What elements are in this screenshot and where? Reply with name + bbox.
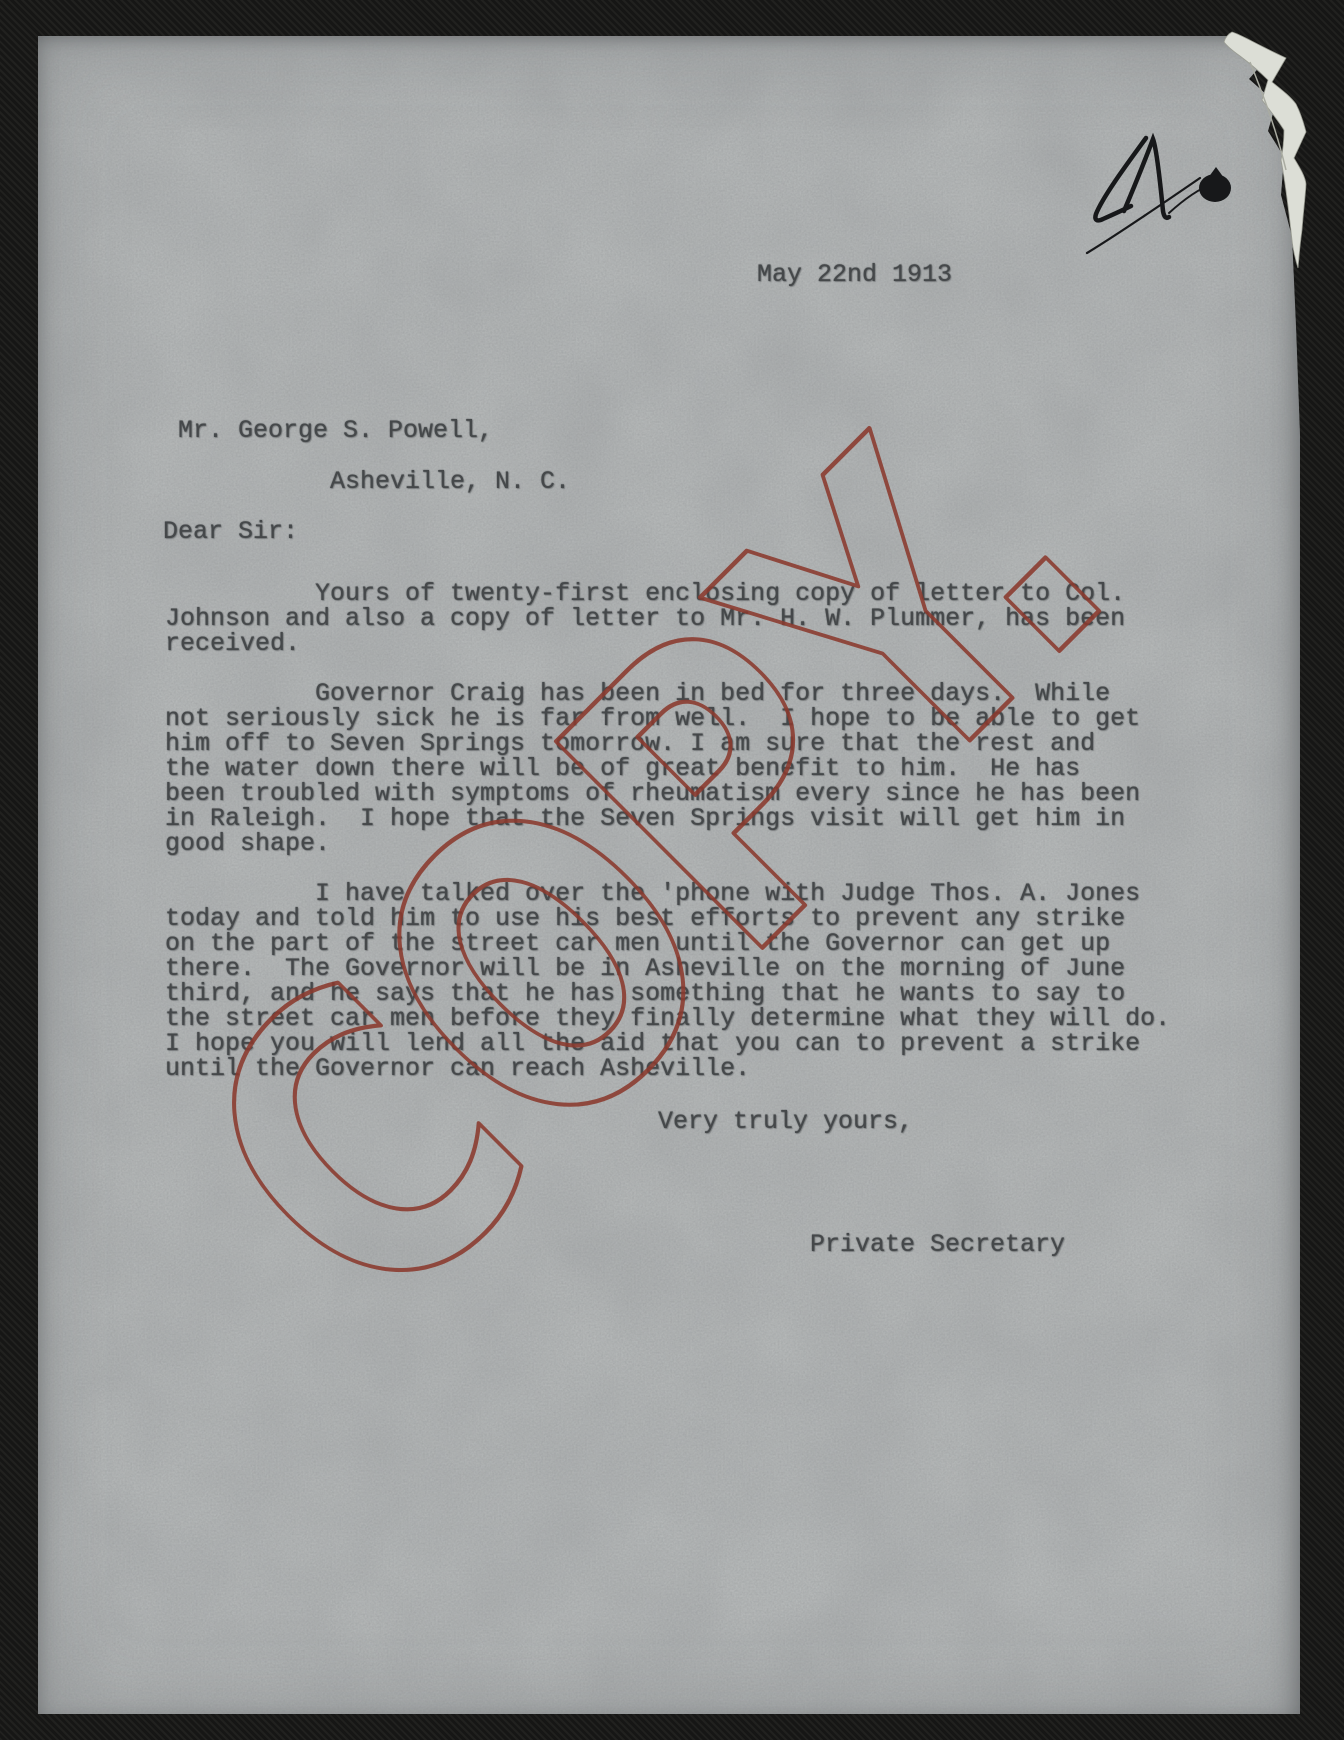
signature-title: Private Secretary bbox=[810, 1232, 1065, 1257]
ink-blot-tip bbox=[1208, 167, 1224, 178]
letter-date: May 22nd 1913 bbox=[757, 262, 952, 287]
salutation: Dear Sir: bbox=[163, 519, 298, 544]
numeral-4-spike bbox=[1124, 139, 1169, 218]
scanned-letter-view: May 22nd 1913 Mr. George S. Powell, Ashe… bbox=[0, 0, 1344, 1740]
pen-tail-stroke bbox=[1169, 184, 1212, 213]
letter-body: Yours of twenty-first enclosing copy of … bbox=[165, 581, 1170, 1081]
recipient-city: Asheville, N. C. bbox=[330, 469, 570, 494]
pen-slash-stroke bbox=[1087, 178, 1200, 253]
numeral-4-stroke bbox=[1095, 138, 1146, 220]
paper-sheet: May 22nd 1913 Mr. George S. Powell, Ashe… bbox=[38, 36, 1300, 1714]
recipient-name: Mr. George S. Powell, bbox=[178, 418, 493, 443]
ink-blot bbox=[1199, 174, 1231, 202]
closing-line: Very truly yours, bbox=[658, 1109, 913, 1134]
